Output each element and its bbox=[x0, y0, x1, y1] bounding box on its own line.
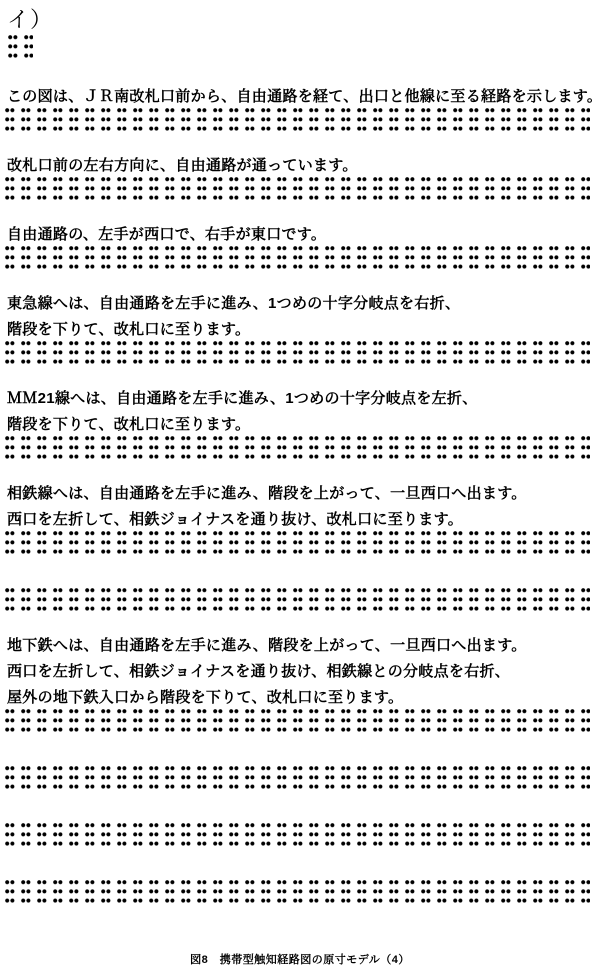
braille-line bbox=[5, 108, 590, 131]
braille-line bbox=[5, 588, 590, 611]
braille-line bbox=[5, 436, 590, 459]
paragraphs-container: この図は、ＪＲ南改札口前から、自由通路を経て、出口と他線に至る経路を示します。改… bbox=[7, 84, 600, 903]
paragraph-text-line: 東急線へは、自由通路を左手に進み、1つめの十字分岐点を右折、 bbox=[7, 291, 600, 317]
paragraph: この図は、ＪＲ南改札口前から、自由通路を経て、出口と他線に至る経路を示します。 bbox=[7, 84, 600, 110]
braille-line bbox=[5, 823, 590, 846]
paragraph: 相鉄線へは、自由通路を左手に進み、階段を上がって、一旦西口へ出ます。西口を左折し… bbox=[7, 481, 600, 533]
document-page: イ） この図は、ＪＲ南改札口前から、自由通路を経て、出口と他線に至る経路を示しま… bbox=[0, 0, 600, 975]
braille-line bbox=[5, 709, 590, 732]
paragraph-text-line: 西口を左折して、相鉄ジョイナスを通り抜け、相鉄線との分岐点を右折、 bbox=[7, 659, 600, 685]
braille-line bbox=[5, 766, 590, 789]
braille-line bbox=[5, 341, 590, 364]
paragraph-text-line: 階段を下りて、改札口に至ります。 bbox=[7, 317, 600, 343]
braille-line bbox=[5, 531, 590, 554]
heading-braille-line bbox=[8, 35, 33, 58]
paragraph-text-line: 自由通路の、左手が西口で、右手が東口です。 bbox=[7, 222, 600, 248]
paragraph-text-line: 改札口前の左右方向に、自由通路が通っています。 bbox=[7, 153, 600, 179]
paragraph-text-line: 地下鉄へは、自由通路を左手に進み、階段を上がって、一旦西口へ出ます。 bbox=[7, 633, 600, 659]
paragraph: 地下鉄へは、自由通路を左手に進み、階段を上がって、一旦西口へ出ます。西口を左折し… bbox=[7, 633, 600, 711]
braille-line bbox=[5, 177, 590, 200]
paragraph: 東急線へは、自由通路を左手に進み、1つめの十字分岐点を右折、階段を下りて、改札口… bbox=[7, 291, 600, 343]
page-heading: イ） bbox=[7, 8, 600, 32]
paragraph-text-line: ＭＭ21線へは、自由通路を左手に進み、1つめの十字分岐点を左折、 bbox=[7, 386, 600, 412]
paragraph: ＭＭ21線へは、自由通路を左手に進み、1つめの十字分岐点を左折、階段を下りて、改… bbox=[7, 386, 600, 438]
paragraph-text-line: 屋外の地下鉄入口から階段を下りて、改札口に至ります。 bbox=[7, 685, 600, 711]
paragraph-text-line: この図は、ＪＲ南改札口前から、自由通路を経て、出口と他線に至る経路を示します。 bbox=[7, 84, 600, 110]
braille-line bbox=[5, 880, 590, 903]
paragraph-text-line: 相鉄線へは、自由通路を左手に進み、階段を上がって、一旦西口へ出ます。 bbox=[7, 481, 600, 507]
paragraph-text-line: 西口を左折して、相鉄ジョイナスを通り抜け、改札口に至ります。 bbox=[7, 507, 600, 533]
paragraph-text-line: 階段を下りて、改札口に至ります。 bbox=[7, 412, 600, 438]
braille-line bbox=[5, 246, 590, 269]
figure-caption: 図8 携帯型触知経路図の原寸モデル（4） bbox=[0, 951, 600, 967]
paragraph: 改札口前の左右方向に、自由通路が通っています。 bbox=[7, 153, 600, 179]
paragraph: 自由通路の、左手が西口で、右手が東口です。 bbox=[7, 222, 600, 248]
